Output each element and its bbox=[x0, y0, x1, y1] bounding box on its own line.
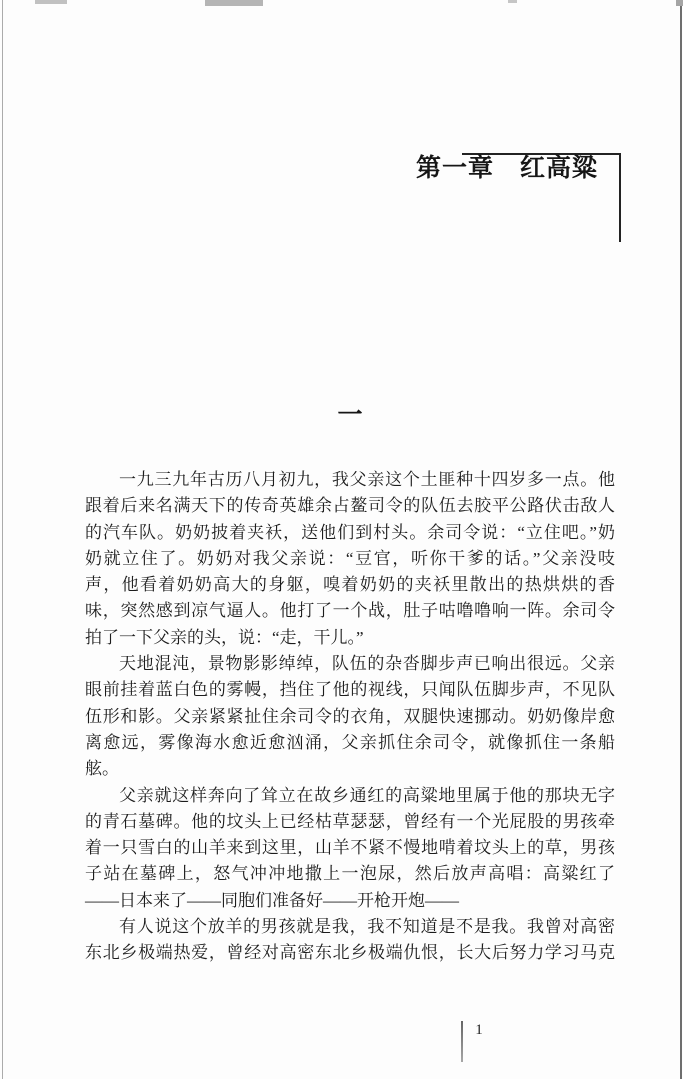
text-line: 奶就立住了。奶奶对我父亲说：“豆官，听你干爹的话。”父亲没吱 bbox=[85, 546, 615, 572]
chapter-title: 第一章 红高粱 bbox=[416, 152, 598, 186]
scan-edge-line-left bbox=[2, 0, 3, 1079]
paragraph: 天地混沌，景物影影绰绰，队伍的杂沓脚步声已响出很远。父亲眼前挂着蓝白色的雾幔，挡… bbox=[85, 651, 615, 782]
text-line: 眼前挂着蓝白色的雾幔，挡住了他的视线，只闻队伍脚步声，不见队 bbox=[85, 677, 615, 703]
section-number-marker: 一 bbox=[85, 395, 615, 431]
text-line: 东北乡极端热爱，曾经对高密东北乡极端仇恨，长大后努力学习马克 bbox=[85, 940, 615, 966]
paragraph: 有人说这个放羊的男孩就是我，我不知道是不是我。我曾对高密东北乡极端热爱，曾经对高… bbox=[85, 914, 615, 967]
text-line: 伍形和影。父亲紧紧扯住余司令的衣角，双腿快速挪动。奶奶像岸愈 bbox=[85, 704, 615, 730]
text-line: ——日本来了——同胞们准备好——开枪开炮—— bbox=[85, 888, 615, 914]
scan-artifact bbox=[205, 0, 263, 6]
text-line: 天地混沌，景物影影绰绰，队伍的杂沓脚步声已响出很远。父亲 bbox=[85, 651, 615, 677]
scan-artifact bbox=[508, 0, 517, 3]
text-line: 味，突然感到凉气逼人。他打了一个战，肚子咕噜噜响一阵。余司令 bbox=[85, 598, 615, 624]
text-line: 有人说这个放羊的男孩就是我，我不知道是不是我。我曾对高密 bbox=[85, 914, 615, 940]
text-line: 父亲就这样奔向了耸立在故乡通红的高粱地里属于他的那块无字 bbox=[85, 783, 615, 809]
scan-artifact bbox=[35, 0, 67, 4]
scan-artifact bbox=[676, 0, 683, 6]
text-line: 子站在墓碑上，怒气冲冲地撒上一泡尿，然后放声高唱：高粱红了 bbox=[85, 861, 615, 887]
text-line: 声，他看着奶奶高大的身躯，嗅着奶奶的夹袄里散出的热烘烘的香 bbox=[85, 572, 615, 598]
paragraph: 父亲就这样奔向了耸立在故乡通红的高粱地里属于他的那块无字的青石墓碑。他的坟头上已… bbox=[85, 783, 615, 914]
chapter-title-right-rule bbox=[619, 153, 621, 242]
text-line: 一九三九年古历八月初九，我父亲这个土匪种十四岁多一点。他 bbox=[85, 467, 615, 493]
text-line: 跟着后来名满天下的传奇英雄余占鳌司令的队伍去胶平公路伏击敌人 bbox=[85, 493, 615, 519]
text-line: 拍了一下父亲的头，说：“走，干儿。” bbox=[85, 625, 615, 651]
text-line: 着一只雪白的山羊来到这里，山羊不紧不慢地啃着坟头上的草，男孩 bbox=[85, 835, 615, 861]
text-line: 舷。 bbox=[85, 756, 615, 782]
scan-edge-line-right bbox=[680, 6, 682, 1079]
body-text: 一九三九年古历八月初九，我父亲这个土匪种十四岁多一点。他跟着后来名满天下的传奇英… bbox=[85, 467, 615, 967]
paragraph: 一九三九年古历八月初九，我父亲这个土匪种十四岁多一点。他跟着后来名满天下的传奇英… bbox=[85, 467, 615, 651]
text-line: 的青石墓碑。他的坟头上已经枯草瑟瑟，曾经有一个光屁股的男孩牵 bbox=[85, 809, 615, 835]
page-number: 1 bbox=[468, 1022, 490, 1039]
text-line: 离愈远，雾像海水愈近愈汹涌，父亲抓住余司令，就像抓住一条船 bbox=[85, 730, 615, 756]
text-line: 的汽车队。奶奶披着夹袄，送他们到村头。余司令说：“立住吧。”奶 bbox=[85, 520, 615, 546]
footer-tick-mark bbox=[461, 1021, 463, 1062]
book-page: 第一章 红高粱 一 一九三九年古历八月初九，我父亲这个土匪种十四岁多一点。他跟着… bbox=[0, 0, 683, 1079]
